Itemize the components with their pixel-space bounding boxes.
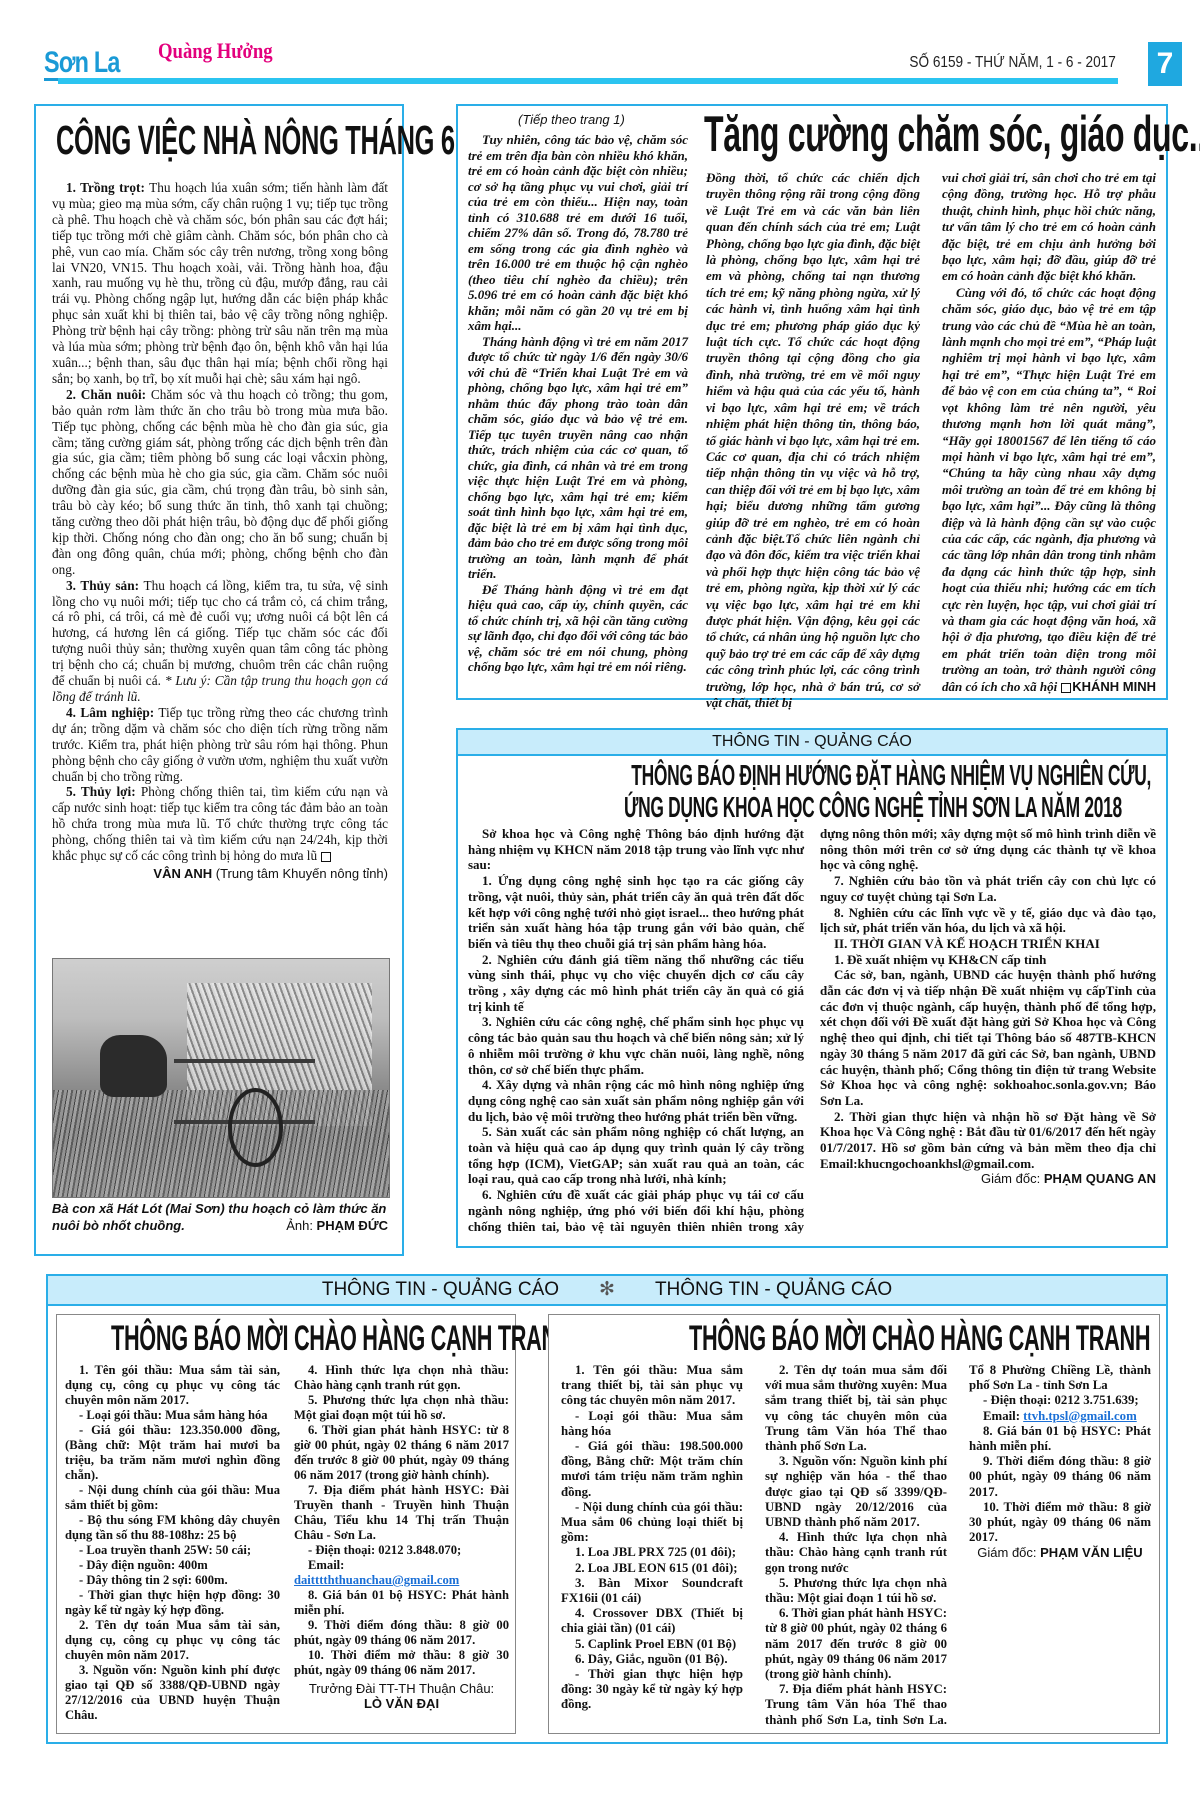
paragraph: 4. Hình thức lựa chọn nhà thầu: Chào hàn… [294,1363,509,1393]
band-label-right: THÔNG TIN - QUẢNG CÁO [655,1276,892,1304]
paragraph: 10. Thời điểm mở thầu: 8 giờ 30 phút, ng… [294,1648,509,1678]
paragraph: 5. Caplink Proel EBN (01 Bộ) [561,1637,743,1652]
paragraph: 2. Nghiên cứu đánh giá tiềm năng thổ như… [468,952,804,1015]
section-planting: 1. Trồng trọt: Thu hoạch lúa xuân sớm; t… [52,180,388,387]
paragraph-text: Cùng với đó, tổ chức các hoạt động chăm … [942,285,1156,694]
paragraph: - Thời gian thực hiện hợp đồng: 30 ngày … [65,1588,280,1618]
signer-name: PHẠM QUANG AN [1044,1171,1156,1186]
paragraph: 2. Tên dự toán Mua sắm tài sản, dụng cụ,… [65,1618,280,1663]
title-line-2: ỨNG DỤNG KHOA HỌC CÔNG NGHỆ TỈNH SƠN LA … [624,792,1122,824]
paragraph: 5. Phương thức lựa chọn nhà thầu: Một gi… [294,1393,509,1423]
section-heading: 4. Lâm nghiệp: [66,705,154,720]
paragraph: 2. Loa JBL EON 615 (01 đôi); [561,1561,743,1576]
section-fishery: 3. Thủy sản: Thu hoạch cá lồng, kiểm tra… [52,578,388,705]
paragraph: 3. Nguồn vốn: Nguồn kinh phí sự nghiệp v… [765,1454,947,1530]
paragraph: 9. Thời điểm đóng thầu: 8 giờ 00 phút, n… [294,1618,509,1648]
paragraph: Sở khoa học và Công nghệ Thông báo định … [468,826,804,873]
paragraph: 4. Hình thức lựa chọn nhà thầu: Chào hàn… [765,1530,947,1576]
tender-left-body: 1. Tên gói thầu: Mua sắm tài sản, dụng c… [65,1363,509,1731]
section-heading: 5. Thủy lợi: [66,784,136,799]
children-col-1: Tuy nhiên, công tác bảo vệ, chăm sóc trẻ… [468,132,688,675]
paragraph: 2. Thời gian thực hiện và nhận hồ sơ Đặt… [820,1109,1156,1172]
children-article-title: Tăng cường chăm sóc, giáo dục... [704,108,1200,160]
paragraph: 1. Ứng dụng công nghệ sinh học tạo ra cá… [468,873,804,952]
signer-name: PHẠM VĂN LIỆU [1040,1545,1143,1560]
header-rule [58,78,1118,84]
paragraph: Tháng hành động vì trẻ em năm 2017 được … [468,334,688,582]
paragraph: 3. Bàn Mixor Soundcraft FX16ii (01 cái) [561,1576,743,1606]
paragraph: - Dây điện nguồn: 400m [65,1558,280,1573]
paragraph: 4. Xây dựng và nhân rộng các mô hình nôn… [468,1077,804,1124]
photo-buffalo [100,1035,167,1097]
children-col-2: Đồng thời, tổ chức các chiến dịch truyền… [706,170,920,711]
science-ad-title: THÔNG BÁO ĐỊNH HƯỚNG ĐẶT HÀNG NHIỆM VỤ N… [458,760,1166,824]
title-line-1: THÔNG BÁO ĐỊNH HƯỚNG ĐẶT HÀNG NHIỆM VỤ N… [631,760,1151,792]
issue-date: SỐ 6159 - THỨ NĂM, 1 - 6 - 2017 [910,54,1116,72]
email-line: Email: ttvh.tpsl@gmail.com [969,1409,1151,1424]
paragraph: 1. Đề xuất nhiệm vụ KH&CN cấp tỉnh [820,952,1156,968]
paragraph: - Giá gói thầu: 198.500.000 đồng, Bằng c… [561,1439,743,1500]
paragraph: 8. Giá bán 01 bộ HSYC: Phát hành miễn ph… [969,1424,1151,1454]
paragraph: 3. Nguồn vốn: Nguồn kinh phí được giao t… [65,1663,280,1723]
tender-left-signer-name: LÒ VĂN ĐẠI [294,1696,509,1711]
byline-name: VÂN ANH [153,866,212,881]
tender-left-signer-title: Trưởng Đài TT-TH Thuận Châu: [294,1681,509,1696]
paragraph: 6. Thời gian phát hành HSYC: từ 8 giờ 00… [765,1606,947,1682]
photo-caption-block: Bà con xã Hát Lót (Mai Sơn) thu hoạch cỏ… [52,1200,388,1234]
page-number: 7 [1148,42,1182,86]
section-text: Thu hoạch lúa xuân sớm; tiến hành làm đấ… [52,180,388,386]
email-link[interactable]: daitttththuanchau@gmail.com [294,1573,459,1587]
paragraph: 1. Tên gói thầu: Mua sắm trang thiết bị,… [561,1363,743,1409]
email-label: Email: [308,1558,344,1572]
tender-right-signer: Giám đốc: PHẠM VĂN LIỆU [969,1545,1151,1560]
paragraph: - Bộ thu sóng FM không dây chuyên dụng t… [65,1513,280,1543]
paragraph: 1. Tên gói thầu: Mua sắm tài sản, dụng c… [65,1363,280,1408]
paragraph: 9. Thời điểm đóng thầu: 8 giờ 00 phút, n… [969,1454,1151,1500]
children-col-3: vui chơi giải trí, sân chơi cho trẻ em t… [942,170,1156,695]
paragraph: 1. Loa JBL PRX 725 (01 đôi); [561,1545,743,1560]
paragraph: vui chơi giải trí, sân chơi cho trẻ em t… [942,170,1156,285]
article-title: CÔNG VIỆC NHÀ NÔNG THÁNG 6 [56,114,455,166]
paragraph: Các sở, ban, ngành, UBND các huyện thành… [820,967,1156,1108]
farm-byline: VÂN ANH (Trung tâm Khuyến nông tỉnh) [52,866,388,882]
page-editor-name: Quàng Hưởng [158,38,273,64]
paragraph: 10. Thời điểm mở thầu: 8 giờ 30 phút, ng… [969,1500,1151,1546]
paragraph: 4. Crossover DBX (Thiết bị chia giải tần… [561,1606,743,1636]
farm-article-body: 1. Trồng trọt: Thu hoạch lúa xuân sớm; t… [52,180,388,882]
paragraph: - Giá gói thầu: 123.350.000 đồng, (Bằng … [65,1423,280,1483]
email-link[interactable]: ttvh.tpsl@gmail.com [1023,1409,1137,1423]
section-text: Thu hoạch cá lồng, kiểm tra, tu sửa, vệ … [52,578,388,688]
paragraph: 2. Tên dự toán mua sắm đối với mua sắm t… [765,1363,947,1454]
paragraph: 8. Giá bán 01 bộ HSYC: Phát hành miễn ph… [294,1588,509,1618]
paragraph: - Dây thông tin 2 sợi: 600m. [65,1573,280,1588]
tender-notice-left: THÔNG BÁO MỜI CHÀO HÀNG CẠNH TRANH 1. Tê… [56,1314,516,1734]
end-mark-icon [1061,683,1071,693]
paragraph: Để Tháng hành động vì trẻ em đạt hiệu qu… [468,582,688,675]
email-label: Email: [983,1409,1023,1423]
section-heading: 3. Thủy sản: [66,578,139,593]
paragraph: 6. Dây, Giắc, nguồn (01 Bộ). [561,1652,743,1667]
paragraph: - Nội dung chính của gói thầu: Mua sắm 0… [561,1500,743,1546]
tender-ads: THÔNG TIN - QUẢNG CÁO ✻ THÔNG TIN - QUẢN… [46,1274,1168,1744]
paragraph: - Loa truyền thanh 25W: 50 cái; [65,1543,280,1558]
farm-article: CÔNG VIỆC NHÀ NÔNG THÁNG 6 1. Trồng trọt… [34,104,404,1256]
bottom-ad-band: THÔNG TIN - QUẢNG CÁO ✻ THÔNG TIN - QUẢN… [48,1276,1166,1306]
section-livestock: 2. Chăn nuôi: Chăm sóc và thu hoạch cỏ t… [52,387,388,578]
section-forestry: 4. Lâm nghiệp: Tiếp tục trồng rừng theo … [52,705,388,785]
paragraph: - Nội dung chính của gói thầu: Mua sắm t… [65,1483,280,1513]
signer-label: Giám đốc: [977,1545,1040,1560]
byline-org: (Trung tâm Khuyến nông tỉnh) [212,866,388,881]
science-ad-body: Sở khoa học và Công nghệ Thông báo định … [468,826,1156,1236]
paragraph: - Điện thoại: 0212 3.751.639; [969,1393,1151,1408]
tender-right-body: 1. Tên gói thầu: Mua sắm trang thiết bị,… [561,1363,1151,1731]
ad-band: THÔNG TIN - QUẢNG CÁO [458,730,1166,756]
children-article: (Tiếp theo trang 1) Tuy nhiên, công tác … [456,104,1168,700]
credit-label: Ảnh: [286,1218,316,1233]
credit-name: PHẠM ĐỨC [317,1218,388,1233]
email-line: Email: daitttththuanchau@gmail.com [294,1558,509,1588]
newspaper-brand: Sơn La [44,48,120,81]
paragraph: 6. Thời gian phát hành HSYC: từ 8 giờ 00… [294,1423,509,1483]
paragraph: - Loại gói thầu: Mua sắm hàng hóa [561,1409,743,1439]
article-photo [52,958,390,1198]
end-mark-icon [321,852,331,862]
signer-label: Giám đốc: [981,1171,1044,1186]
paragraph: - Loại gói thầu: Mua sắm hàng hóa [65,1408,280,1423]
paragraph: Tuy nhiên, công tác bảo vệ, chăm sóc trẻ… [468,132,688,334]
continued-from: (Tiếp theo trang 1) [518,112,625,127]
paragraph: - Thời gian thực hiện hợp đồng: 30 ngày … [561,1667,743,1713]
paragraph: 7. Nghiên cứu bảo tồn và phát triển cây … [820,873,1156,904]
tender-left-title: THÔNG BÁO MỜI CHÀO HÀNG CẠNH TRANH [111,1319,572,1359]
photo-wheel [228,1088,283,1167]
science-ad: THÔNG TIN - QUẢNG CÁO THÔNG BÁO ĐỊNH HƯỚ… [456,728,1168,1248]
paragraph: II. THỜI GIAN VÀ KẾ HOẠCH TRIỂN KHAI [820,936,1156,952]
section-irrigation: 5. Thủy lợi: Phòng chống thiên tai, tìm … [52,784,388,864]
band-label-left: THÔNG TIN - QUẢNG CÁO [322,1276,559,1304]
paragraph: - Điện thoại: 0212 3.848.070; [294,1543,509,1558]
section-heading: 1. Trồng trọt: [66,180,145,195]
paragraph: 5. Phương thức lựa chọn nhà thầu: Một gi… [765,1576,947,1606]
tender-right-title: THÔNG BÁO MỜI CHÀO HÀNG CẠNH TRANH [689,1319,1150,1359]
section-text: Chăm sóc và thu hoạch cỏ trồng; thu gom,… [52,387,388,577]
asterisk-icon: ✻ [599,1276,615,1304]
paragraph: 3. Nghiên cứu các công nghệ, chế phẩm si… [468,1014,804,1077]
photo-credit: Ảnh: PHẠM ĐỨC [286,1217,388,1234]
science-signer: Giám đốc: PHẠM QUANG AN [820,1171,1156,1187]
paragraph: Cùng với đó, tổ chức các hoạt động chăm … [942,285,1156,695]
paragraph: 7. Địa điểm phát hành HSYC: Đài Truyền t… [294,1483,509,1543]
paragraph: 8. Nghiên cứu các lĩnh vực về y tế, giáo… [820,905,1156,936]
paragraph: Đồng thời, tổ chức các chiến dịch truyền… [706,170,920,711]
tender-notice-right: THÔNG BÁO MỜI CHÀO HÀNG CẠNH TRANH 1. Tê… [548,1314,1160,1734]
section-heading: 2. Chăn nuôi: [66,387,146,402]
paragraph: 5. Sản xuất các sản phẩm nông nghiệp có … [468,1124,804,1187]
